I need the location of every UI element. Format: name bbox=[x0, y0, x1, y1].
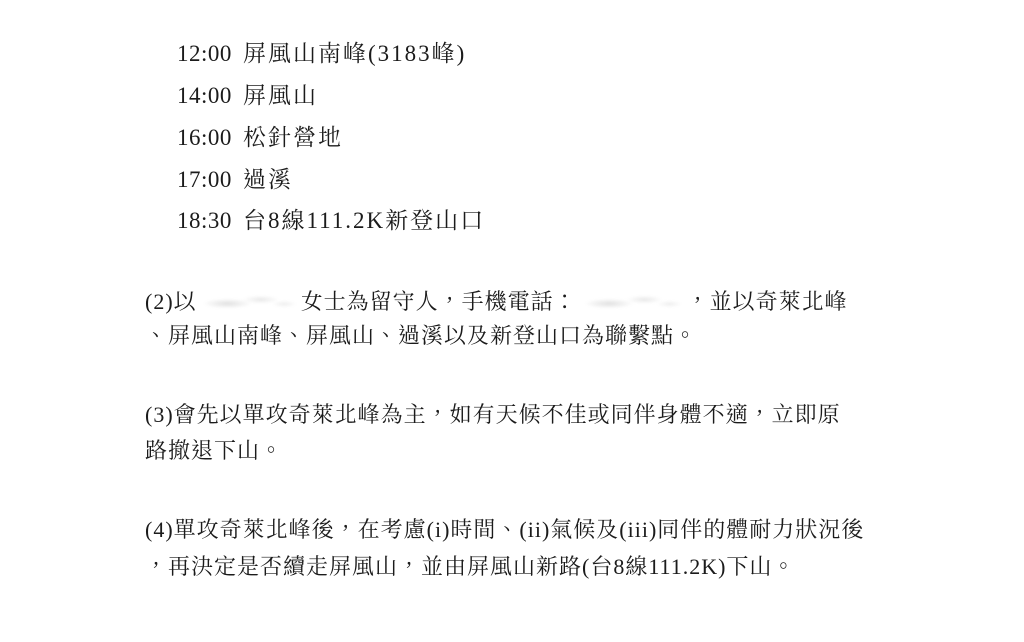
schedule-time: 16:00 bbox=[177, 124, 243, 152]
paragraph-4-line-1: (4)單攻奇萊北峰後，在考慮(i)時間、(ii)氣候及(iii)同伴的體耐力狀況… bbox=[145, 516, 864, 543]
schedule-place: 屏風山 bbox=[243, 82, 318, 110]
paragraph-2-open: (2)以 bbox=[145, 289, 197, 314]
redacted-phone-area bbox=[580, 292, 684, 312]
schedule-time: 18:30 bbox=[177, 207, 243, 235]
schedule-place: 過溪 bbox=[243, 166, 293, 194]
schedule-row: 18:30 台8線111.2K新登山口 bbox=[177, 207, 485, 235]
schedule-row: 14:00 屏風山 bbox=[177, 82, 318, 110]
paragraph-2-mid: 女士為留守人，手機電話： bbox=[301, 289, 577, 314]
paragraph-2-close: ，並以奇萊北峰 bbox=[687, 289, 848, 314]
paragraph-3-line-2: 路撤退下山。 bbox=[145, 437, 283, 464]
schedule-time: 17:00 bbox=[177, 166, 243, 194]
schedule-row: 12:00 屏風山南峰(3183峰) bbox=[177, 40, 466, 68]
schedule-place: 屏風山南峰(3183峰) bbox=[243, 40, 466, 68]
redacted-name-area bbox=[200, 292, 298, 312]
paragraph-2-line-1: (2)以女士為留守人，手機電話：，並以奇萊北峰 bbox=[145, 288, 848, 315]
schedule-row: 17:00 過溪 bbox=[177, 166, 293, 194]
paragraph-3-line-1: (3)會先以單攻奇萊北峰為主，如有天候不佳或同伴身體不適，立即原 bbox=[145, 401, 841, 428]
schedule-row: 16:00 松針營地 bbox=[177, 124, 343, 152]
schedule-place: 松針營地 bbox=[243, 124, 343, 152]
document-page: 12:00 屏風山南峰(3183峰) 14:00 屏風山 16:00 松針營地 … bbox=[0, 0, 1024, 642]
schedule-place: 台8線111.2K新登山口 bbox=[243, 207, 485, 235]
schedule-time: 12:00 bbox=[177, 40, 243, 68]
schedule-time: 14:00 bbox=[177, 82, 243, 110]
paragraph-4-line-2: ，再決定是否續走屏風山，並由屏風山新路(台8線111.2K)下山。 bbox=[145, 553, 795, 580]
paragraph-2-line-2: 、屏風山南峰、屏風山、過溪以及新登山口為聯繫點。 bbox=[145, 322, 697, 349]
